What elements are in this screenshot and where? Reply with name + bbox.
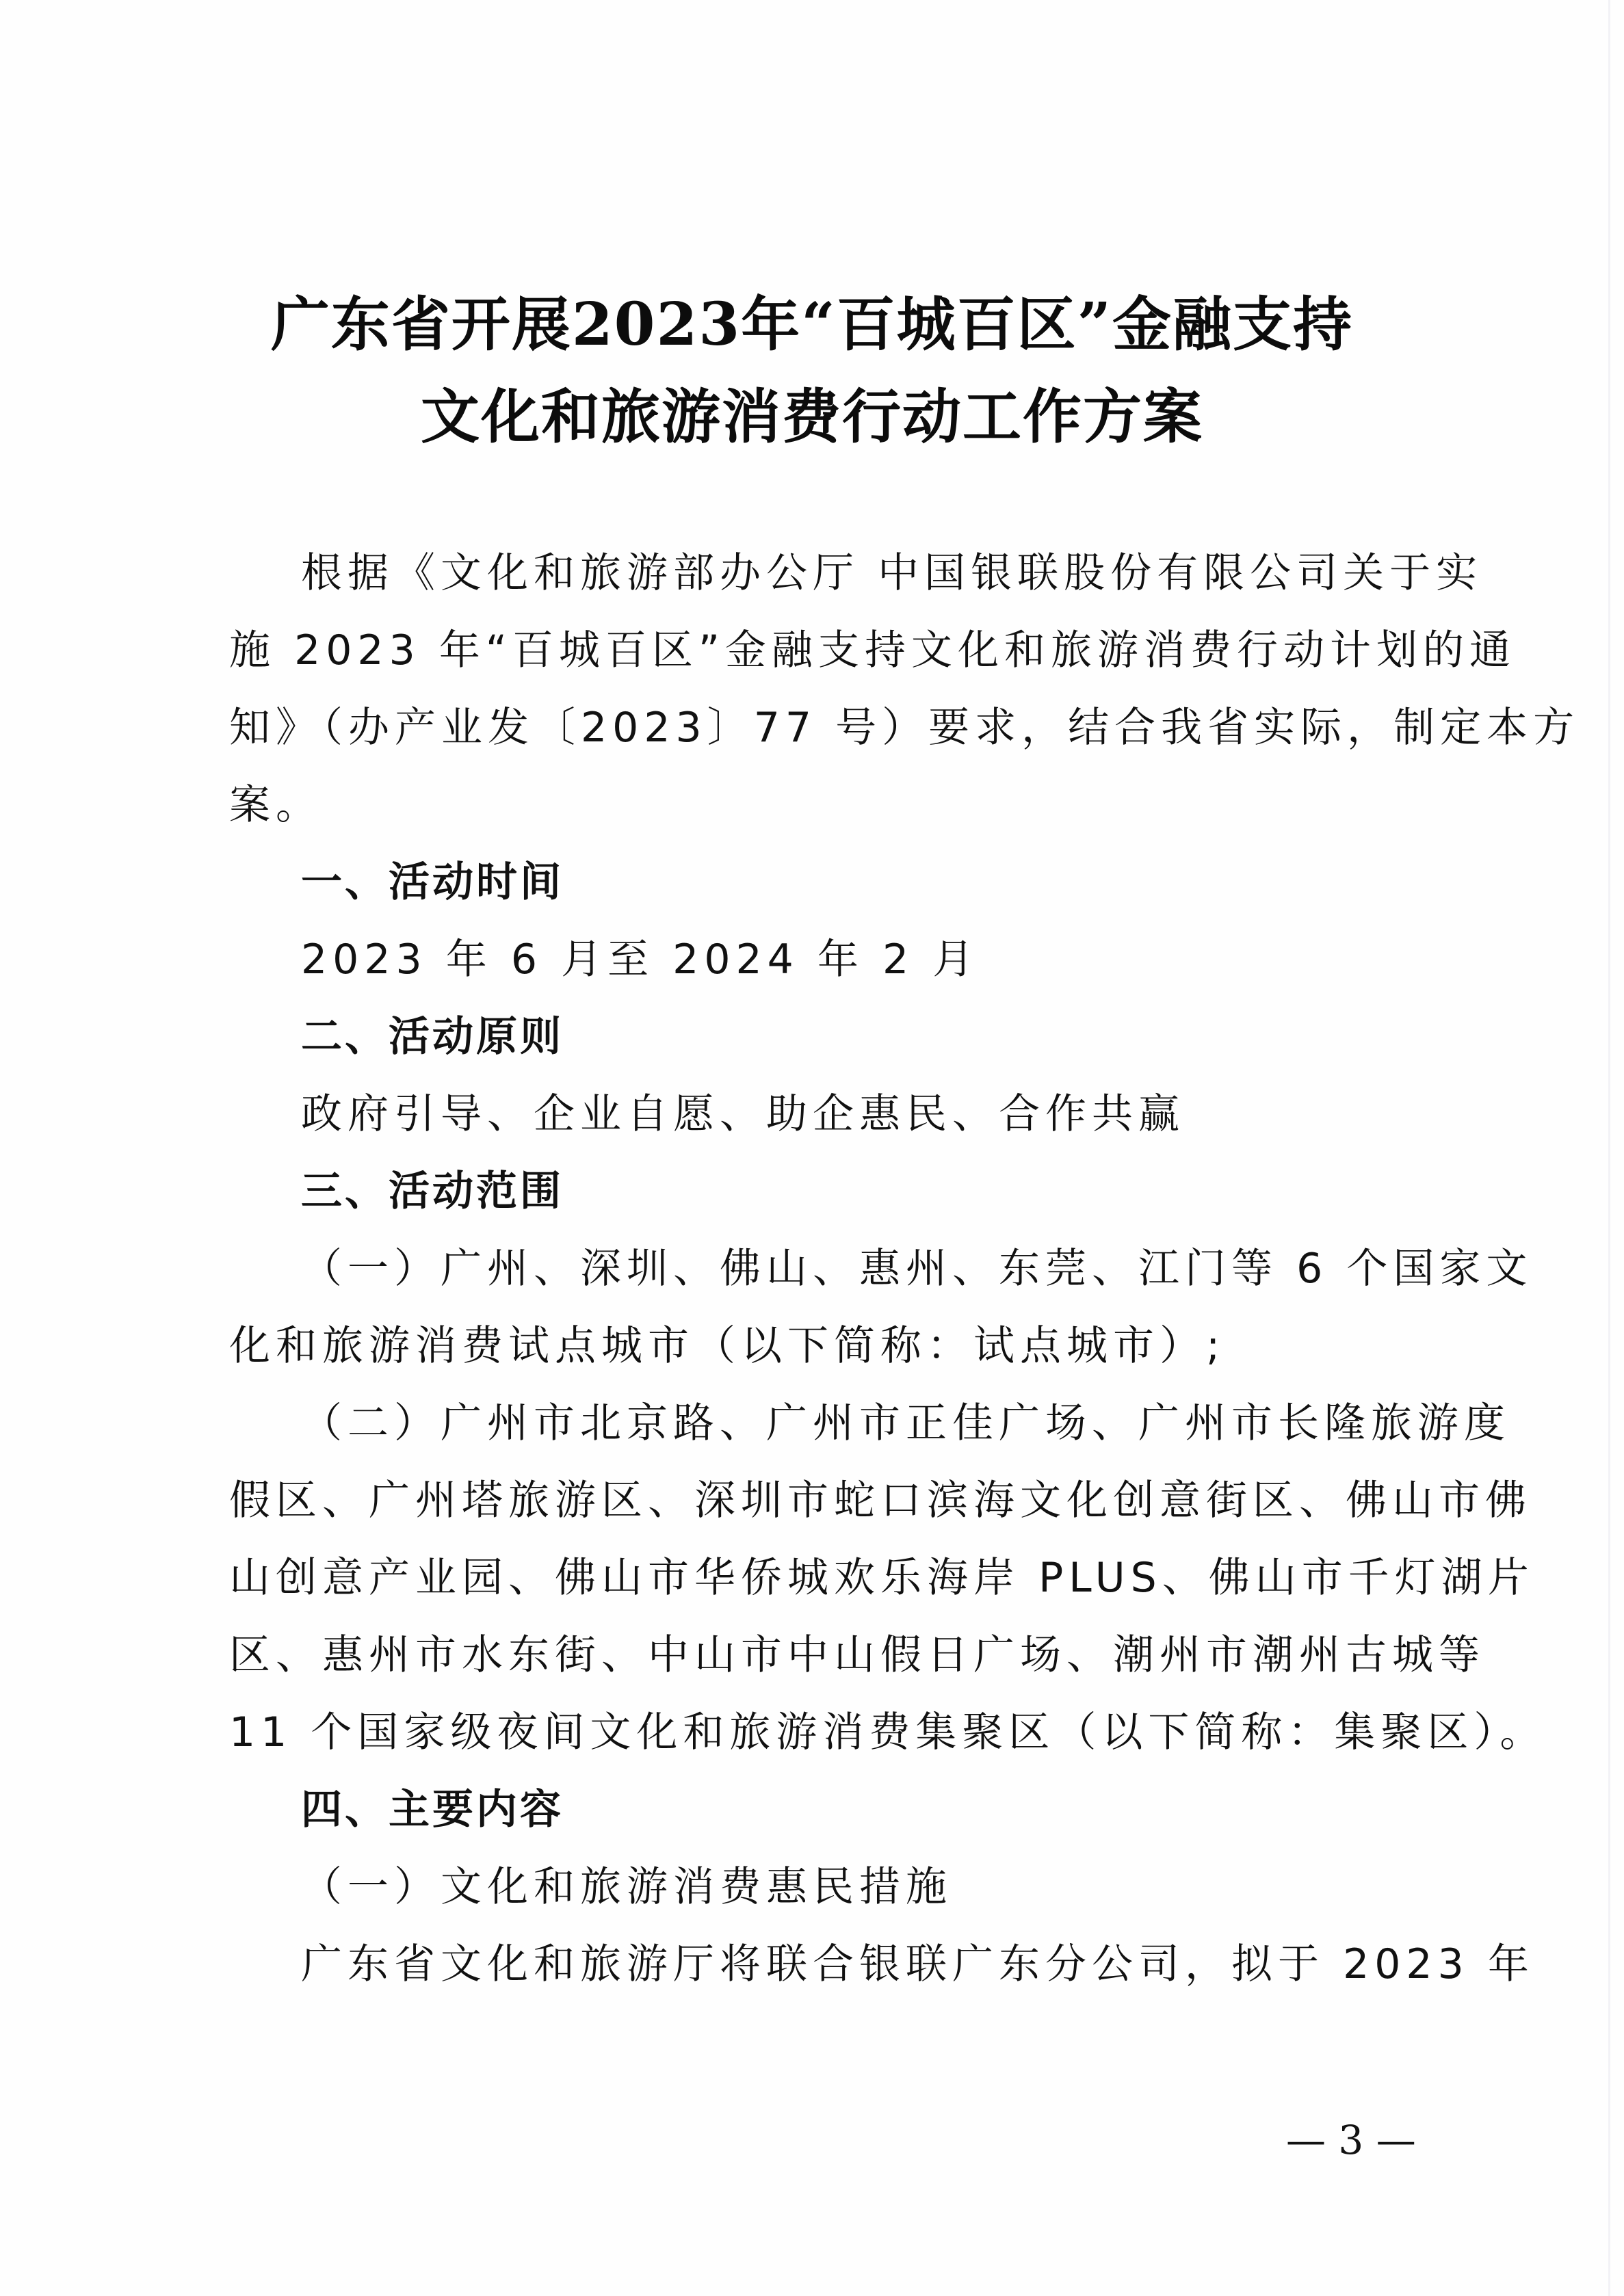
document-title-line-2: 文化和旅游消费行动工作方案 xyxy=(0,369,1624,454)
activity-time-text: 2023 年 6 月至 2024 年 2 月 xyxy=(301,927,979,986)
page-number: — 3 — xyxy=(1286,2117,1416,2163)
scope-line-6: 区、惠州市水东街、中山市中山假日广场、潮州市潮州古城等 xyxy=(229,1622,1430,1681)
main-content-line-1: 广东省文化和旅游厅将联合银联广东分公司，拟于 2023 年 xyxy=(301,1931,1430,1990)
scope-line-2: 化和旅游消费试点城市（以下简称：试点城市）; xyxy=(229,1313,1225,1372)
scope-line-7: 11 个国家级夜间文化和旅游消费集聚区（以下简称：集聚区）。 xyxy=(229,1700,1430,1758)
scope-line-4: 假区、广州塔旅游区、深圳市蛇口滨海文化创意街区、佛山市佛 xyxy=(229,1468,1430,1527)
scope-line-3: （二）广州市北京路、广州市正佳广场、广州市长隆旅游度 xyxy=(301,1390,1430,1449)
section-heading-main-content: 四、主要内容 xyxy=(301,1777,564,1836)
intro-line-1: 根据《文化和旅游部办公厅 中国银联股份有限公司关于实 xyxy=(301,540,1430,599)
scope-line-1: （一）广州、深圳、佛山、惠州、东莞、江门等 6 个国家文 xyxy=(301,1236,1430,1295)
activity-principle-text: 政府引导、企业自愿、助企惠民、合作共赢 xyxy=(301,1081,1185,1140)
scope-line-5: 山创意产业园、佛山市华侨城欢乐海岸 PLUS、佛山市千灯湖片 xyxy=(229,1545,1430,1604)
section-heading-activity-scope: 三、活动范围 xyxy=(301,1159,564,1217)
document-title-line-1: 广东省开展2023年“百城百区”金融支持 xyxy=(0,277,1624,362)
subsection-heading-consumer-benefits: （一）文化和旅游消费惠民措施 xyxy=(301,1854,952,1913)
intro-line-2: 施 2023 年“百城百区”金融支持文化和旅游消费行动计划的通 xyxy=(229,618,1430,676)
document-page: 广东省开展2023年“百城百区”金融支持 文化和旅游消费行动工作方案 根据《文化… xyxy=(0,0,1624,2296)
section-heading-activity-time: 一、活动时间 xyxy=(301,849,564,908)
section-heading-activity-principle: 二、活动原则 xyxy=(301,1004,564,1063)
intro-line-4: 案。 xyxy=(229,772,322,831)
intro-line-3: 知》（办产业发〔2023〕77 号）要求，结合我省实际，制定本方 xyxy=(229,695,1430,754)
